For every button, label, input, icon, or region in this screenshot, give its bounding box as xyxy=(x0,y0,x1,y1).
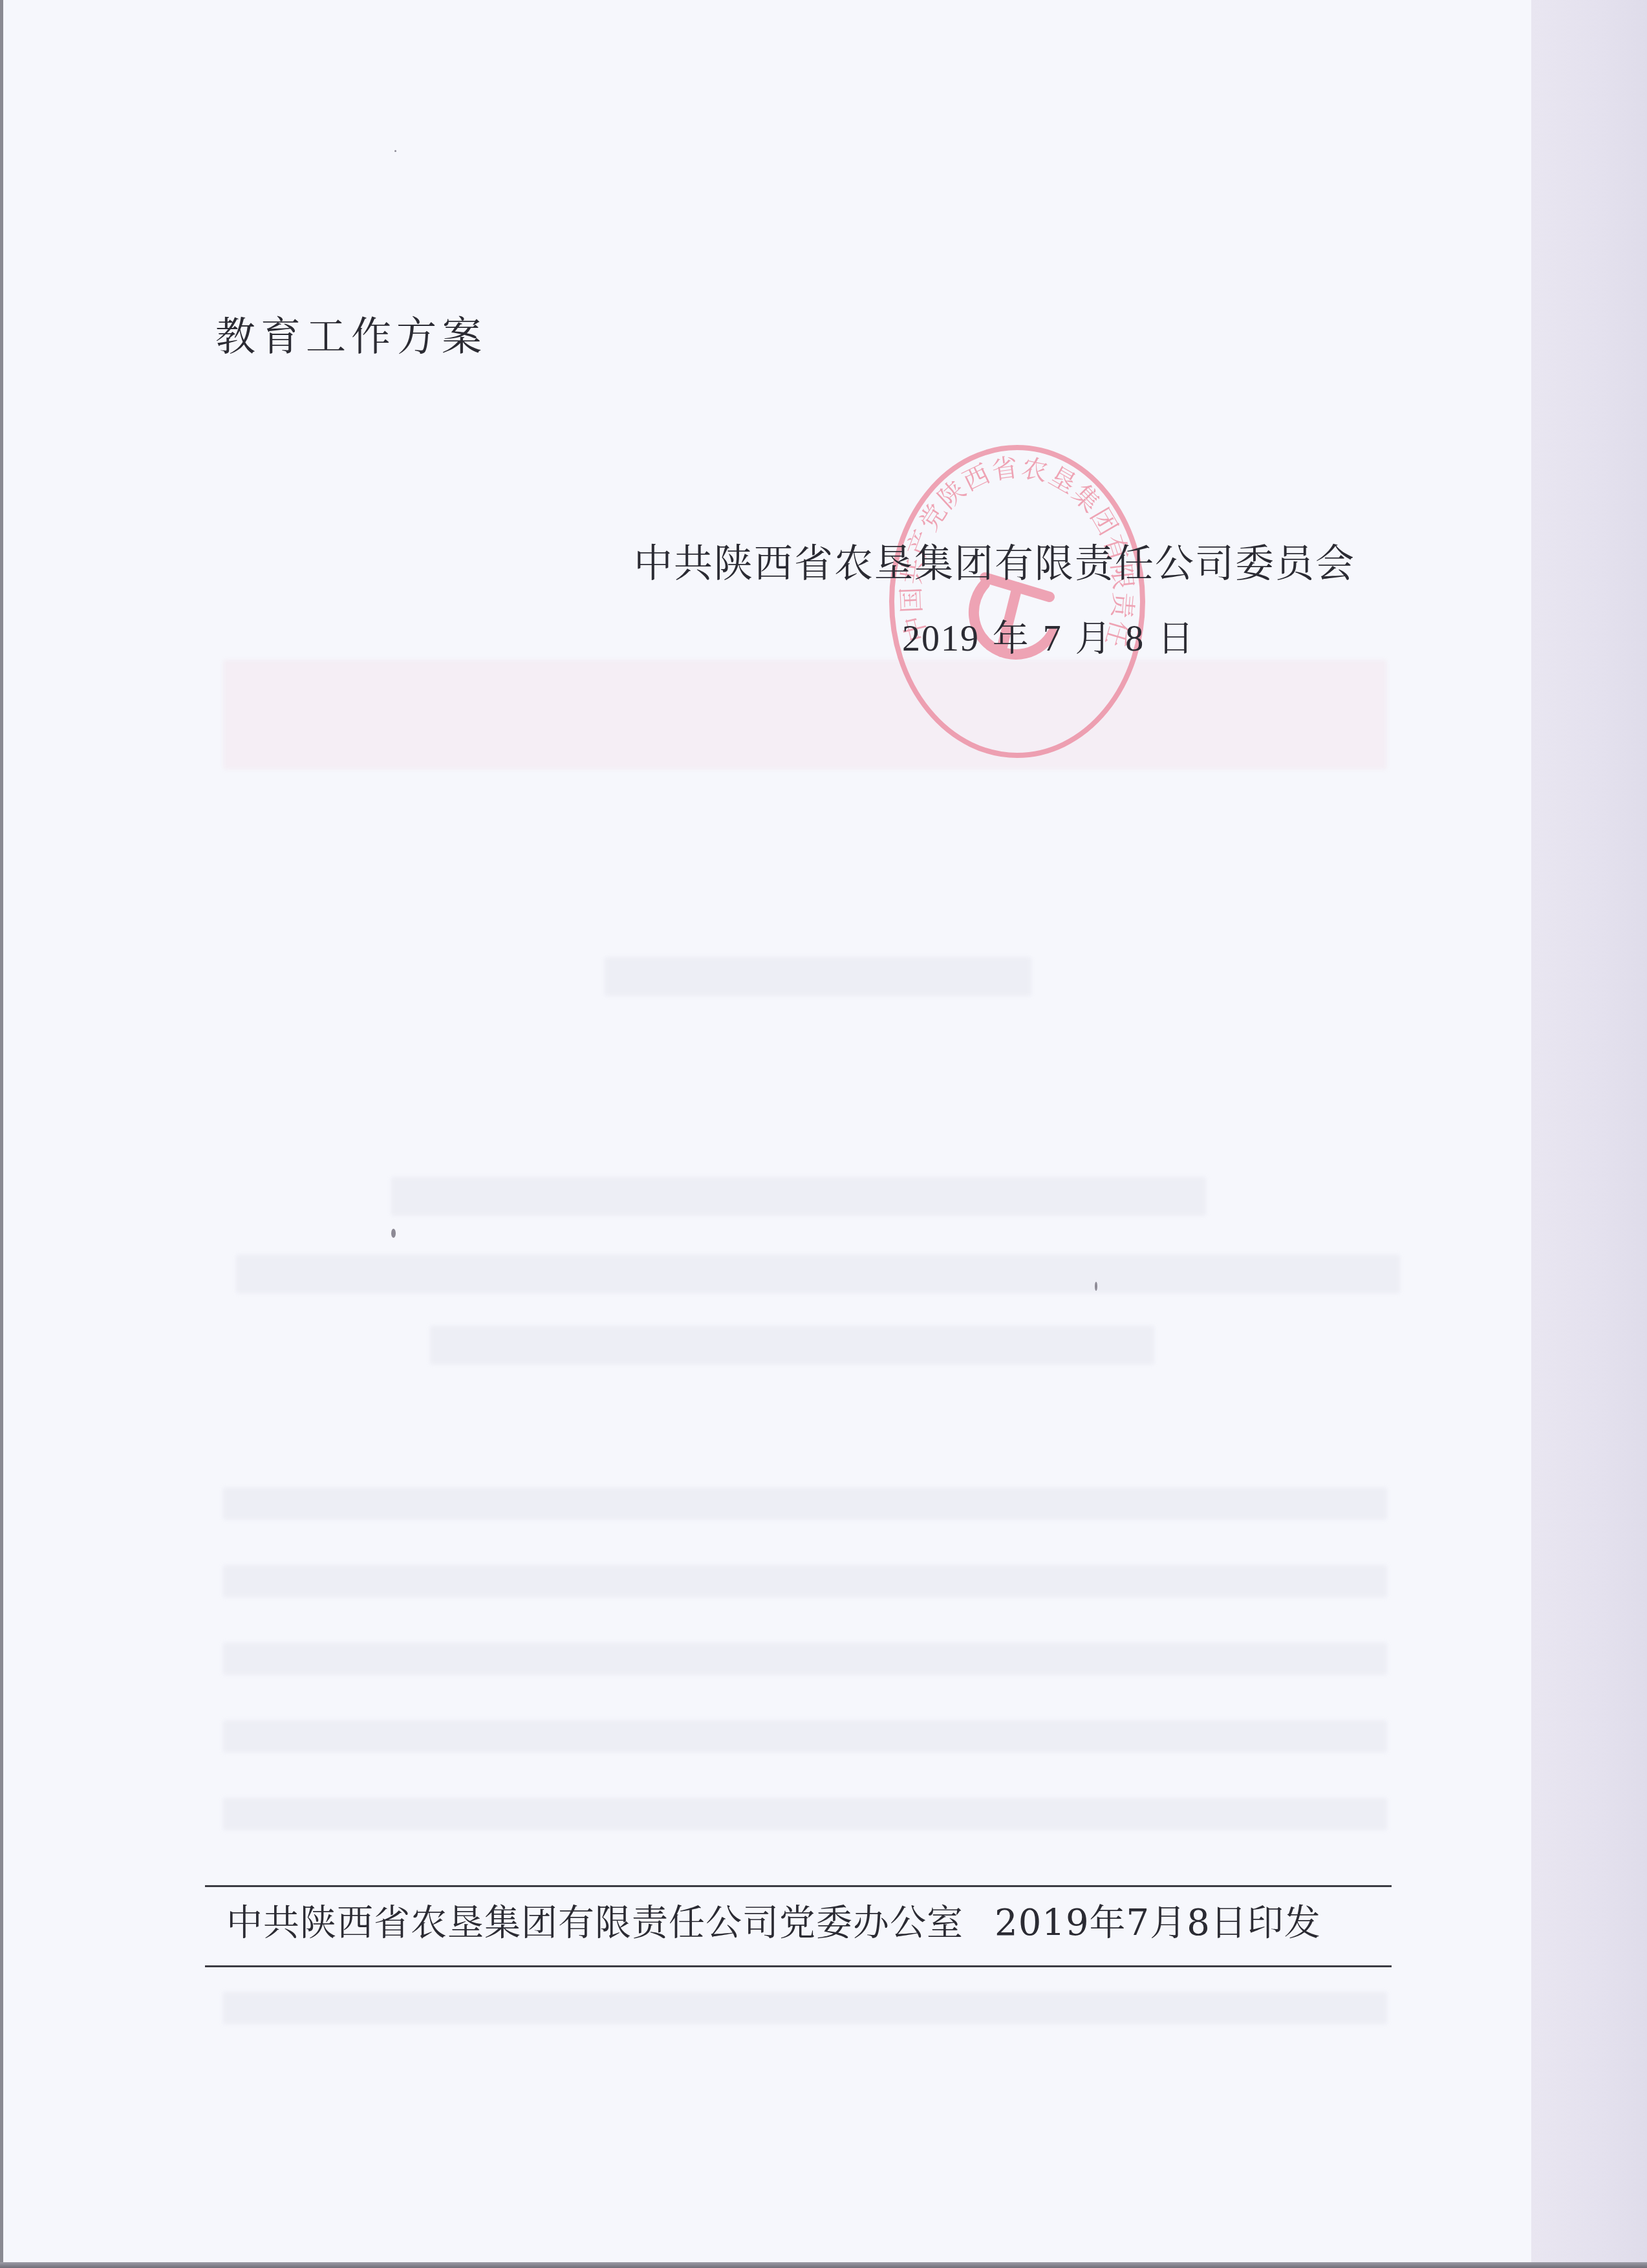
bleed-through-body-3 xyxy=(223,1643,1387,1675)
sign-date-year: 2019 xyxy=(902,619,980,659)
official-seal: 中国共产党陕西省农垦集团有限责任公司委员会 xyxy=(888,445,1146,758)
sign-date-month-unit: 月 xyxy=(1075,618,1112,660)
document-title-fragment: 教育工作方案 xyxy=(215,317,487,357)
scan-speck xyxy=(394,150,396,152)
print-office: 中共陕西省农垦集团有限责任公司党委办公室 xyxy=(226,1902,963,1944)
bleed-through-body-1 xyxy=(223,1487,1387,1520)
document-page: 教育工作方案 中共陕西省农垦集团有限责任公司委员会 2019 年 7 月 8 日… xyxy=(0,0,1531,2262)
footer-rule-top xyxy=(205,1885,1392,1887)
bleed-through-heading-1 xyxy=(391,1177,1206,1216)
bleed-through-body-4 xyxy=(223,1720,1387,1753)
bleed-through-red-header xyxy=(223,660,1387,770)
bleed-through-body-6 xyxy=(223,1992,1387,2024)
scan-bottom-edge xyxy=(0,2262,1647,2268)
bleed-through-body-2 xyxy=(223,1565,1387,1597)
bleed-through-heading-3 xyxy=(430,1326,1154,1365)
bleed-through-doc-number xyxy=(605,957,1031,996)
sign-date-day: 8 xyxy=(1125,619,1145,659)
bleed-through-heading-2 xyxy=(236,1255,1400,1293)
footer-rule-bottom xyxy=(205,1965,1392,1967)
signature-date: 2019 年 7 月 8 日 xyxy=(902,621,1195,657)
sign-date-day-unit: 日 xyxy=(1157,618,1195,660)
print-info: 中共陕西省农垦集团有限责任公司党委办公室2019年7月8日印发 xyxy=(226,1905,1321,1941)
scan-speck xyxy=(1095,1282,1097,1291)
bleed-through-body-5 xyxy=(223,1798,1387,1830)
sign-date-year-unit: 年 xyxy=(993,618,1030,660)
scanner-backing xyxy=(1531,0,1647,2268)
scan-speck xyxy=(391,1229,396,1238)
print-date: 2019年7月8日印发 xyxy=(995,1902,1321,1944)
sign-date-month: 7 xyxy=(1043,619,1062,659)
issuing-organization: 中共陕西省农垦集团有限责任公司委员会 xyxy=(634,545,1355,583)
